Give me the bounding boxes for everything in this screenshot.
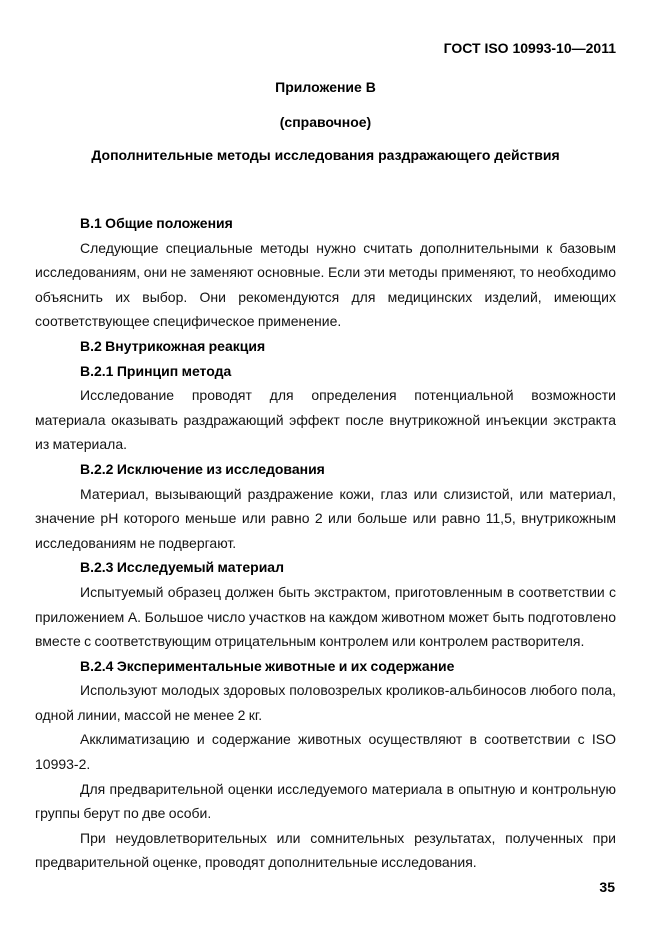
paragraph: Материал, вызывающий раздражение кожи, г… (35, 482, 616, 556)
paragraph: Для предварительной оценки исследуемого … (35, 777, 616, 826)
section-heading-b2: В.2 Внутрикожная реакция (35, 334, 616, 359)
paragraph: Исследование проводят для определения по… (35, 383, 616, 457)
section-heading-b21: В.2.1 Принцип метода (35, 359, 616, 384)
section-heading-b22: В.2.2 Исключение из исследования (35, 457, 616, 482)
annex-title: Дополнительные методы исследования раздр… (35, 147, 616, 164)
document-body: В.1 Общие положения Следующие специальны… (35, 211, 616, 875)
annex-label: Приложение В (35, 79, 616, 96)
section-heading-b23: В.2.3 Исследуемый материал (35, 555, 616, 580)
annex-type: (справочное) (35, 114, 616, 131)
paragraph: При неудовлетворительных или сомнительны… (35, 826, 616, 875)
section-heading-b24: В.2.4 Экспериментальные животные и их со… (35, 654, 616, 679)
paragraph: Используют молодых здоровых половозрелых… (35, 678, 616, 727)
document-page: ГОСТ ISO 10993-10—2011 Приложение В (спр… (0, 0, 661, 936)
paragraph: Акклиматизацию и содержание животных осу… (35, 727, 616, 776)
paragraph: Испытуемый образец должен быть экстракто… (35, 580, 616, 654)
page-number: 35 (599, 879, 615, 896)
section-heading-b1: В.1 Общие положения (35, 211, 616, 236)
document-reference: ГОСТ ISO 10993-10—2011 (35, 40, 616, 57)
paragraph: Следующие специальные методы нужно счита… (35, 236, 616, 334)
